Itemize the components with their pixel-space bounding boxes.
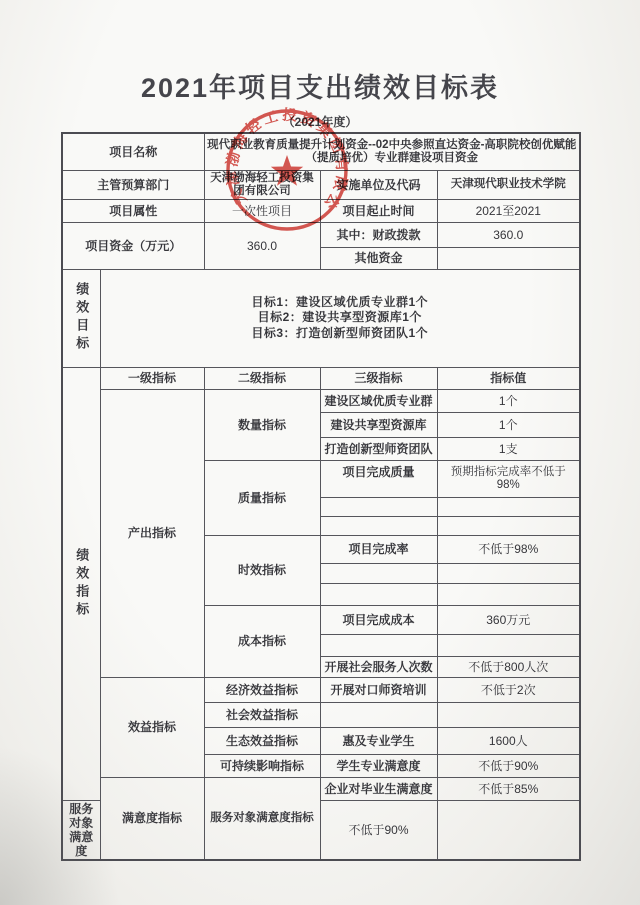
goal-line-2: 目标2：建设共享型资源库1个 (103, 310, 578, 326)
indicator-name: 项目完成率 (320, 535, 437, 563)
indicator-value (437, 702, 580, 727)
sub-service: 服务对象满意度指标 (204, 777, 320, 860)
indicator-name: 惠及专业学生 (320, 727, 437, 754)
goal-side-label: 绩效目标 (74, 282, 88, 354)
indicator-value (437, 497, 580, 516)
indicator-name: 建设区域优质专业群 (320, 389, 437, 412)
project-attr-value: 一次性项目 (204, 199, 320, 222)
project-period-value: 2021至2021 (437, 199, 580, 222)
page-title: 2021年项目支出绩效目标表 (0, 66, 640, 105)
indicator-value: 不低于85% (437, 777, 580, 800)
impl-unit-value: 天津现代职业技术学院 (437, 170, 580, 199)
indicator-value: 1个 (437, 389, 580, 412)
sub-time: 时效指标 (204, 535, 320, 605)
table-row: 项目名称 现代职业教育质量提升计划资金--02中央参照直达资金-高职院校创优赋能… (62, 133, 580, 170)
indicator-value: 不低于800人次 (437, 656, 580, 677)
indicator-name: 建设共享型资源库 (320, 412, 437, 437)
table-row: 产出指标 数量指标 建设区域优质专业群 1个 (62, 389, 580, 412)
project-name-label: 项目名称 (62, 133, 204, 170)
sub-eco: 生态效益指标 (204, 727, 320, 754)
header-level2: 二级指标 (204, 367, 320, 389)
sub-social: 社会效益指标 (204, 702, 320, 727)
page-subtitle: （2021年度） (0, 113, 640, 130)
fund-label: 项目资金（万元） (62, 222, 204, 269)
indicator-name: 项目完成成本 (320, 605, 437, 634)
project-attr-label: 项目属性 (62, 199, 204, 222)
header-level1: 一级指标 (100, 367, 204, 389)
table-row: 项目资金（万元） 360.0 其中：财政拨款 360.0 (62, 222, 580, 247)
indicator-name: 服务对象满意度 (62, 800, 100, 860)
goal-line-3: 目标3：打造创新型师资团队1个 (103, 326, 578, 342)
sub-quality: 质量指标 (204, 460, 320, 535)
indicator-name (320, 583, 437, 605)
indicator-value (437, 563, 580, 583)
level1-benefit: 效益指标 (100, 677, 204, 777)
indicator-name (320, 634, 437, 656)
indicator-name: 学生专业满意度 (320, 754, 437, 777)
indicator-value (437, 583, 580, 605)
budget-dept-value: 天津渤海轻工投资集团有限公司 (204, 170, 320, 199)
indicator-name (320, 563, 437, 583)
sub-sustain: 可持续影响指标 (204, 754, 320, 777)
goal-side-label-cell: 绩效目标 (62, 269, 100, 367)
table-row: 满意度指标 服务对象满意度指标 企业对毕业生满意度 不低于85% (62, 777, 580, 800)
indicator-name: 打造创新型师资团队 (320, 437, 437, 460)
table-row: 主管预算部门 天津渤海轻工投资集团有限公司 实施单位及代码 天津现代职业技术学院 (62, 170, 580, 199)
header-value: 指标值 (437, 367, 580, 389)
fund-other-label: 其他资金 (320, 247, 437, 269)
indicator-name: 开展社会服务人次数 (320, 656, 437, 677)
perf-side-label: 绩效指标 (74, 548, 88, 620)
indicator-value: 不低于2次 (437, 677, 580, 702)
goal-line-1: 目标1：建设区域优质专业群1个 (103, 295, 578, 311)
indicator-name: 企业对毕业生满意度 (320, 777, 437, 800)
sub-quantity: 数量指标 (204, 389, 320, 460)
indicator-name (320, 497, 437, 516)
project-name-value: 现代职业教育质量提升计划资金--02中央参照直达资金-高职院校创优赋能（提质培优… (204, 133, 580, 170)
level1-satisfaction: 满意度指标 (100, 777, 204, 860)
indicator-name: 开展对口师资培训 (320, 677, 437, 702)
perf-side-label-cell: 绩效指标 (62, 367, 100, 800)
indicator-value: 预期指标完成率不低于98% (437, 460, 580, 497)
impl-unit-label: 实施单位及代码 (320, 170, 437, 199)
indicator-value: 不低于90% (437, 754, 580, 777)
indicator-name (320, 702, 437, 727)
indicator-value: 360万元 (437, 605, 580, 634)
fund-fiscal-label: 其中：财政拨款 (320, 222, 437, 247)
performance-target-table: 项目名称 现代职业教育质量提升计划资金--02中央参照直达资金-高职院校创优赋能… (61, 132, 581, 861)
table-row: 绩效指标 一级指标 二级指标 三级指标 指标值 (62, 367, 580, 389)
sub-cost: 成本指标 (204, 605, 320, 677)
header-level3: 三级指标 (320, 367, 437, 389)
table-row: 效益指标 经济效益指标 开展对口师资培训 不低于2次 (62, 677, 580, 702)
indicator-value: 不低于98% (437, 535, 580, 563)
indicator-value: 1600人 (437, 727, 580, 754)
indicator-value: 不低于90% (320, 800, 437, 860)
indicator-name (320, 516, 437, 535)
project-period-label: 项目起止时间 (320, 199, 437, 222)
indicator-value: 1支 (437, 437, 580, 460)
budget-dept-label: 主管预算部门 (62, 170, 204, 199)
indicator-value (437, 516, 580, 535)
fund-fiscal-value: 360.0 (437, 222, 580, 247)
sub-economic: 经济效益指标 (204, 677, 320, 702)
scanned-form-page: 2021年项目支出绩效目标表 （2021年度） 项目名称 现代职业教育质量提升计… (0, 0, 640, 905)
indicator-value: 1个 (437, 412, 580, 437)
table-row: 项目属性 一次性项目 项目起止时间 2021至2021 (62, 199, 580, 222)
fund-total-value: 360.0 (204, 222, 320, 269)
indicator-value (437, 634, 580, 656)
level1-output: 产出指标 (100, 389, 204, 677)
goal-content-cell: 目标1：建设区域优质专业群1个 目标2：建设共享型资源库1个 目标3：打造创新型… (100, 269, 580, 367)
table-row: 绩效目标 目标1：建设区域优质专业群1个 目标2：建设共享型资源库1个 目标3：… (62, 269, 580, 367)
indicator-name: 项目完成质量 (320, 460, 437, 497)
fund-other-value (437, 247, 580, 269)
